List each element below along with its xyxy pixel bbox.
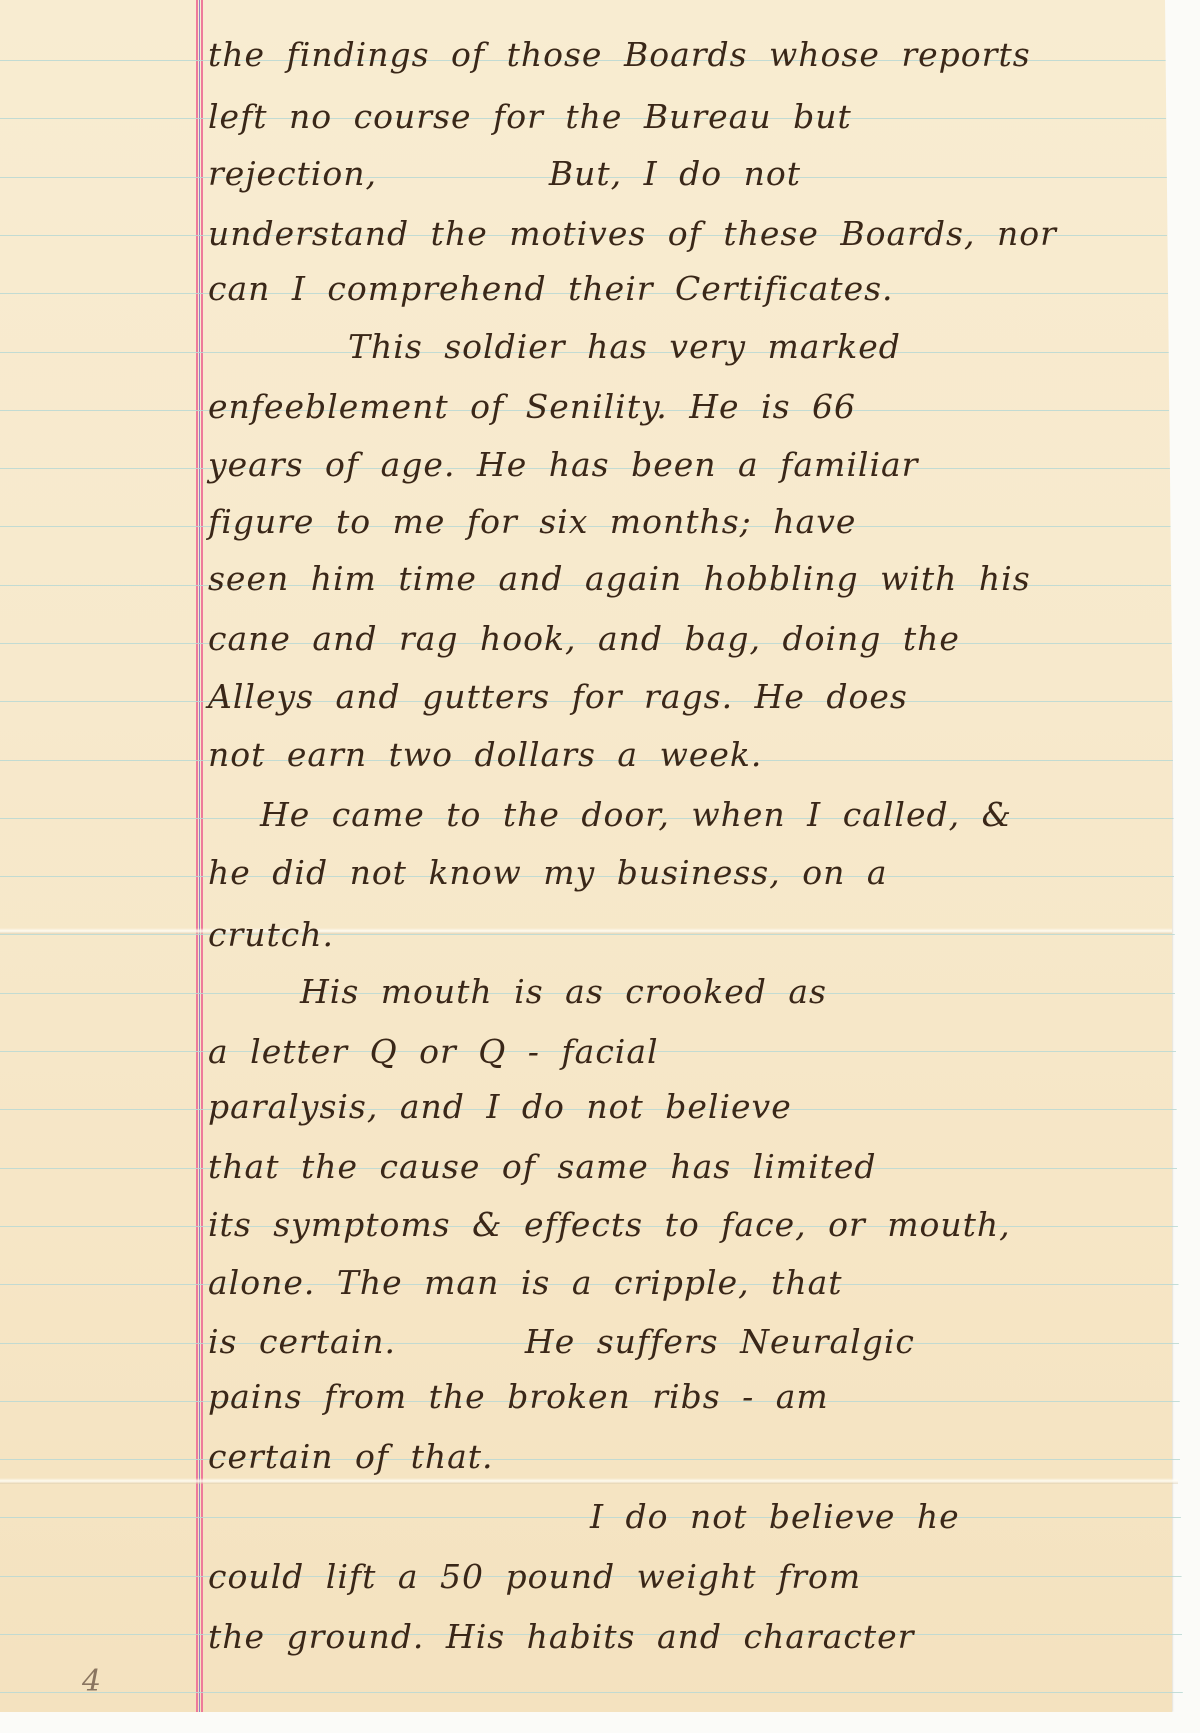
text-line: cane and rag hook, and bag, doing the <box>208 622 960 655</box>
text-line: can I comprehend their Certificates. <box>208 272 894 305</box>
page-number: 4 <box>82 1664 101 1699</box>
text-line: years of age. He has been a familiar <box>208 448 918 481</box>
text-line: the ground. His habits and character <box>208 1620 914 1653</box>
text-line: is certain. He suffers Neuralgic <box>208 1325 915 1358</box>
text-line: certain of that. <box>208 1440 494 1473</box>
text-line: seen him time and again hobbling with hi… <box>208 562 1031 595</box>
text-line: that the cause of same has limited <box>208 1150 877 1183</box>
text-line: crutch. <box>208 918 334 951</box>
ruled-line <box>0 1692 1183 1693</box>
margin-line-pink <box>196 0 198 1712</box>
ruled-line <box>0 1459 1180 1460</box>
text-line: not earn two dollars a week. <box>208 738 762 771</box>
text-line: understand the motives of these Boards, … <box>208 217 1057 250</box>
text-line: he did not know my business, on a <box>208 856 888 889</box>
text-line: enfeeblement of Senility. He is 66 <box>208 390 856 423</box>
ruled-line <box>0 934 1175 935</box>
text-line: He came to the door, when I called, & <box>260 798 1012 831</box>
text-line: pains from the broken ribs - am <box>208 1380 829 1413</box>
text-line: His mouth is as crooked as <box>300 975 827 1008</box>
text-line: alone. The man is a cripple, that <box>208 1266 843 1299</box>
text-line: a letter Q or Q - facial <box>208 1035 659 1068</box>
text-line: rejection, But, I do not <box>208 157 801 190</box>
text-line: figure to me for six months; have <box>208 505 856 538</box>
text-line: I do not believe he <box>590 1500 960 1533</box>
margin-line-blue <box>199 0 200 1712</box>
text-line: its symptoms & effects to face, or mouth… <box>208 1208 1011 1241</box>
text-line: paralysis, and I do not believe <box>208 1090 792 1123</box>
letter-page: the findings of those Boards whose repor… <box>0 0 1172 1712</box>
text-line: left no course for the Bureau but <box>208 100 852 133</box>
text-line: This soldier has very marked <box>348 330 901 363</box>
text-line: the findings of those Boards whose repor… <box>208 38 1031 71</box>
text-line: Alleys and gutters for rags. He does <box>208 680 908 713</box>
fold-crease <box>0 1478 1178 1484</box>
text-line: could lift a 50 pound weight from <box>208 1560 861 1593</box>
margin-line-pink <box>201 0 203 1712</box>
